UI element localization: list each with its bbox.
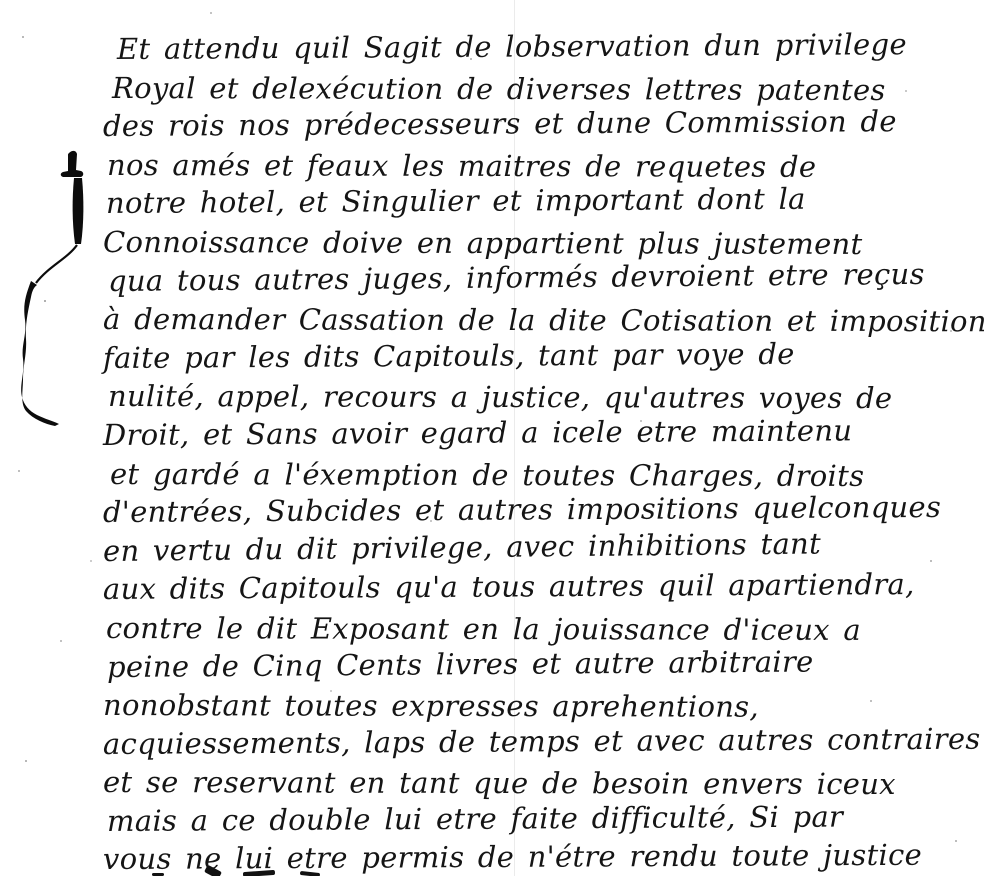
handwritten-line: qua tous autres juges, informés devroien…: [108, 254, 954, 300]
handwritten-line: Droit, et Sans avoir egard a icele etre …: [103, 411, 954, 455]
handwritten-line: notre hotel, et Singulier et important d…: [106, 179, 954, 223]
manuscript-page: Et attendu quil Sagit de lobservation du…: [0, 0, 984, 876]
handwritten-line: aux dits Capitouls qu'a tous autres quil…: [103, 565, 954, 609]
handwritten-line: en vertu du dit privilege, avec inhibiti…: [103, 523, 954, 571]
handwritten-line: mais a ce double lui etre faite difficul…: [107, 797, 954, 841]
handwritten-line: faite par les dits Capitouls, tant par v…: [103, 334, 954, 378]
handwritten-line: vous ne lui etre permis de n'étre rendu …: [103, 836, 954, 876]
binding-ink-mark: [15, 145, 105, 427]
scan-noise-speckles: [0, 0, 2, 2]
handwritten-line: peine de Cinq Cents livres et autre arbi…: [107, 641, 954, 686]
handwritten-line: acquiessements, laps de temps et avec au…: [103, 719, 954, 763]
handwritten-line: Et attendu quil Sagit de lobservation du…: [117, 25, 954, 69]
clipped-next-line-fragment: [243, 870, 275, 876]
handwritten-text-block: Et attendu quil Sagit de lobservation du…: [103, 30, 954, 876]
handwritten-line: des rois nos prédecesseurs et dune Commi…: [103, 102, 954, 146]
